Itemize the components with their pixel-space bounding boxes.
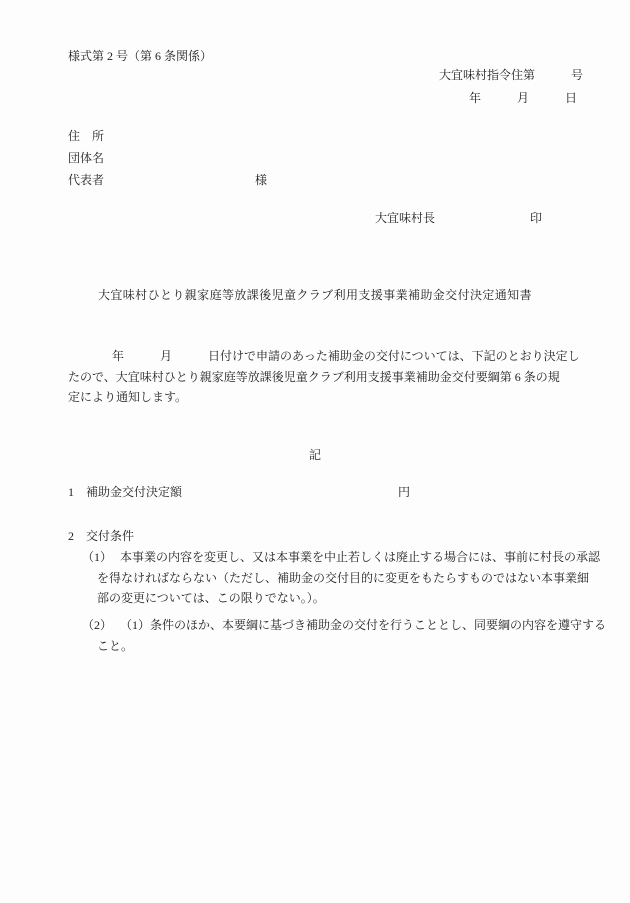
- body-paragraph-line: 定により通知します。: [68, 390, 187, 404]
- addressee-organization-label: 団体名: [68, 151, 104, 165]
- issuer-seal-mark: 印: [530, 211, 542, 225]
- body-paragraph-line: 年 月 日付けで申請のあった補助金の交付については、下記のとおり決定し: [112, 349, 580, 363]
- clause-1-marker: （1）: [82, 550, 112, 564]
- directive-date-line: 年 月 日: [469, 91, 577, 105]
- document-title: 大宜味村ひとり親家庭等放課後児童クラブ利用支援事業補助金交付決定通知書: [0, 288, 630, 302]
- item1-label: 1 補助金交付決定額: [68, 485, 182, 499]
- clause-1-line: を得なければならない（ただし、補助金の交付目的に変更をもたらすものではない本事業…: [97, 571, 589, 585]
- item1-unit-yen: 円: [398, 485, 410, 499]
- form-number: 様式第 2 号（第 6 条関係）: [68, 49, 212, 63]
- clause-2-marker: （2）: [82, 618, 112, 632]
- issuer-title: 大宜味村長: [375, 211, 435, 225]
- record-heading: 記: [0, 448, 630, 462]
- directive-number-line: 大宜味村指令住第 号: [439, 68, 583, 82]
- addressee-honorific: 様: [255, 173, 267, 187]
- document-page: 様式第 2 号（第 6 条関係） 大宜味村指令住第 号 年 月 日 住 所 団体…: [0, 0, 630, 903]
- clause-1-line: 本事業の内容を変更し、又は本事業を中止若しくは廃止する場合には、事前に村長の承認: [120, 550, 600, 564]
- item2-label: 2 交付条件: [68, 529, 134, 543]
- clause-1-line: 部の変更については、この限りでない。）。: [97, 591, 325, 605]
- addressee-representative-label: 代表者: [68, 173, 104, 187]
- clause-2-line: （1）条件のほか、本要綱に基づき補助金の交付を行うこととし、同要綱の内容を遵守す…: [120, 618, 606, 632]
- clause-2-line: こと。: [97, 639, 133, 653]
- addressee-address-label: 住 所: [68, 129, 104, 143]
- body-paragraph-line: たので、大宜味村ひとり親家庭等放課後児童クラブ利用支援事業補助金交付要綱第 6 …: [68, 370, 560, 384]
